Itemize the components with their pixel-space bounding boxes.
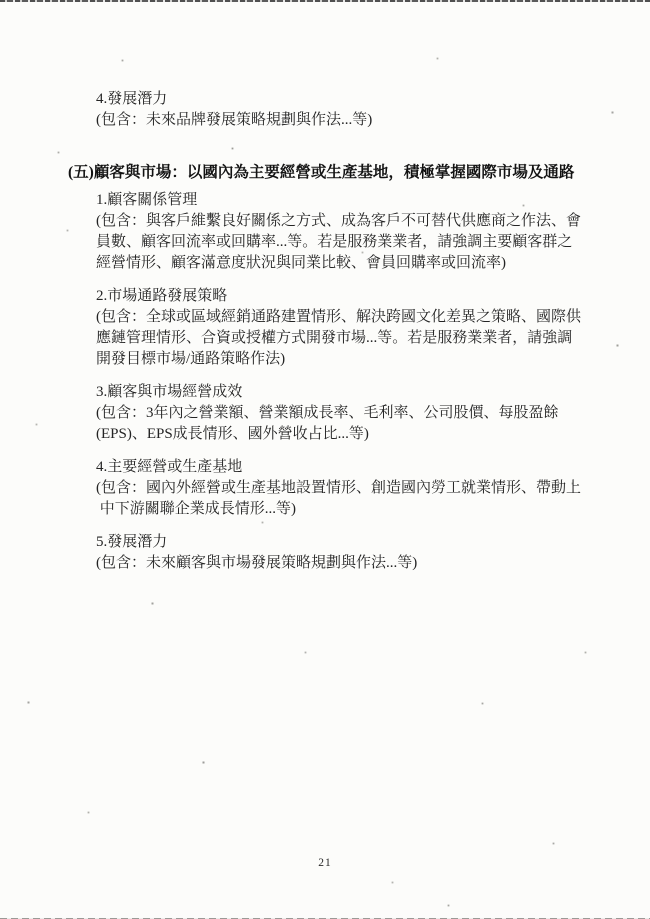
item-desc-line: 經營情形、顧客滿意度狀況與同業比較、會員回購率或回流率) [96,253,594,274]
item-title: 4.發展潛力 [96,88,594,110]
item-desc-line: (包含：全球或區域經銷通路建置情形、解決跨國文化差異之策略、國際供 [96,307,594,328]
item-desc-line: (EPS)、EPS成長情形、國外營收占比...等) [96,424,594,445]
item-desc-line: (包含：國內外經營或生產基地設置情形、創造國內勞工就業情形、帶動上 [96,478,594,499]
item-title: 4.主要經營或生產基地 [96,456,594,478]
scan-noise-speckles [0,0,1,1]
item-desc-line: (包含：未來品牌發展策略規劃與作法...等) [96,110,594,131]
criteria-item-3: 3.顧客與市場經營成效 (包含：3年內之營業額、營業額成長率、毛利率、公司股價、… [96,381,594,445]
item-title: 2.市場通路發展策略 [96,285,594,307]
criteria-item-5: 5.發展潛力 (包含：未來顧客與市場發展策略規劃與作法...等) [96,531,594,574]
page-number: 21 [0,857,650,869]
item-desc-line: 員數、顧客回流率或回購率...等。若是服務業業者，請強調主要顧客群之 [96,232,594,253]
item-desc-line: 中下游關聯企業成長情形...等) [96,499,594,520]
item-desc-line: 開發目標市場/通路策略作法) [96,349,594,370]
item-desc-line: (包含：3年內之營業額、營業額成長率、毛利率、公司股價、每股盈餘 [96,403,594,424]
criteria-item-4: 4.主要經營或生產基地 (包含：國內外經營或生產基地設置情形、創造國內勞工就業情… [96,456,594,520]
section-heading-5-customers-and-markets: (五)顧客與市場：以國內為主要經營或生產基地，積極掌握國際市場及通路 [68,162,594,184]
item-desc-line: 應鏈管理情形、合資或授權方式開發市場...等。若是服務業業者，請強調 [96,328,594,349]
item-title: 1.顧客關係管理 [96,189,594,211]
item-title: 5.發展潛力 [96,531,594,553]
document-page-content: 4.發展潛力 (包含：未來品牌發展策略規劃與作法...等) (五)顧客與市場：以… [96,88,594,585]
scan-edge-top [0,0,650,2]
item-desc-line: (包含：與客戶維繫良好關係之方式、成為客戶不可替代供應商之作法、會 [96,211,594,232]
carryover-item-4: 4.發展潛力 (包含：未來品牌發展策略規劃與作法...等) [96,88,594,131]
item-desc-line: (包含：未來顧客與市場發展策略規劃與作法...等) [96,553,594,574]
criteria-item-2: 2.市場通路發展策略 (包含：全球或區域經銷通路建置情形、解決跨國文化差異之策略… [96,285,594,370]
criteria-item-1: 1.顧客關係管理 (包含：與客戶維繫良好關係之方式、成為客戶不可替代供應商之作法… [96,189,594,274]
item-title: 3.顧客與市場經營成效 [96,381,594,403]
